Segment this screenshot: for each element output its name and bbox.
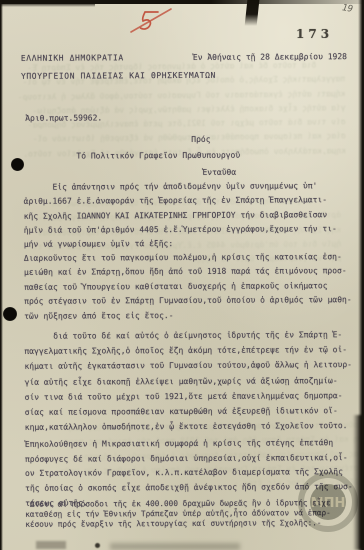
archive-page-number: 173 — [296, 27, 333, 41]
handwritten-corner-note: 19 — [341, 3, 353, 15]
location-entautha: Ἐνταῦθα — [202, 166, 236, 180]
red-pencil-mark — [122, 3, 184, 39]
body-paragraph-1: Εἰς ἀπάντησιν πρός τήν ἀποδιδομένην ὑμῖν… — [24, 179, 337, 252]
header-dateline: Ἐν Ἀθήναις τῇ 28 Δεκεμβρίου 1928 — [193, 50, 347, 65]
header-ministry: ΥΠΟΥΡΓΕΙΟΝ ΠΑΙΔΕΙΑΣ ΚΑΙ ΘΡΗΣΚΕΥΜΑΤΩΝ — [21, 69, 216, 84]
stamp-monogram: ΜΠΗ — [311, 496, 346, 511]
archive-stamp: ΜΠΗ — [297, 471, 359, 533]
hole-punch-top — [11, 158, 24, 171]
typed-content: ΕΛΛΗΝΙΚΗ ΔΗΜΟΚΡΑΤΙΑ Ἐν Ἀθήναις τῇ 28 Δεκ… — [0, 0, 364, 550]
body-paragraph-3: διά τοῦτο δέ καί αὐτός ὁ ἀείμνηστος ἱδρυ… — [24, 327, 352, 435]
hole-punch-bottom — [3, 307, 17, 321]
closing-paragraph: Διότι αἱ πρόσοδοι τῆς ἐκ 400.000 δραχμῶν… — [25, 498, 331, 530]
protocol-number: Ἀριθ.πρωτ.59962. — [25, 111, 102, 126]
body-paragraph-2: Διαρκοῦντος ἔτι τοῦ παγκοσμίου πολέμου,ἡ… — [24, 250, 352, 324]
header-state: ΕΛΛΗΝΙΚΗ ΔΗΜΟΚΡΑΤΙΑ — [21, 51, 124, 66]
document-page: διά τοῦτο δέ καί αὐτός ὁ ἀείμνηστος ἱδρυ… — [0, 0, 364, 550]
salutation-pros: Πρός — [191, 133, 210, 147]
recipient-line: Τό Πολιτικόν Γραφεῖον Πρωθυπουργοῦ — [76, 149, 240, 164]
